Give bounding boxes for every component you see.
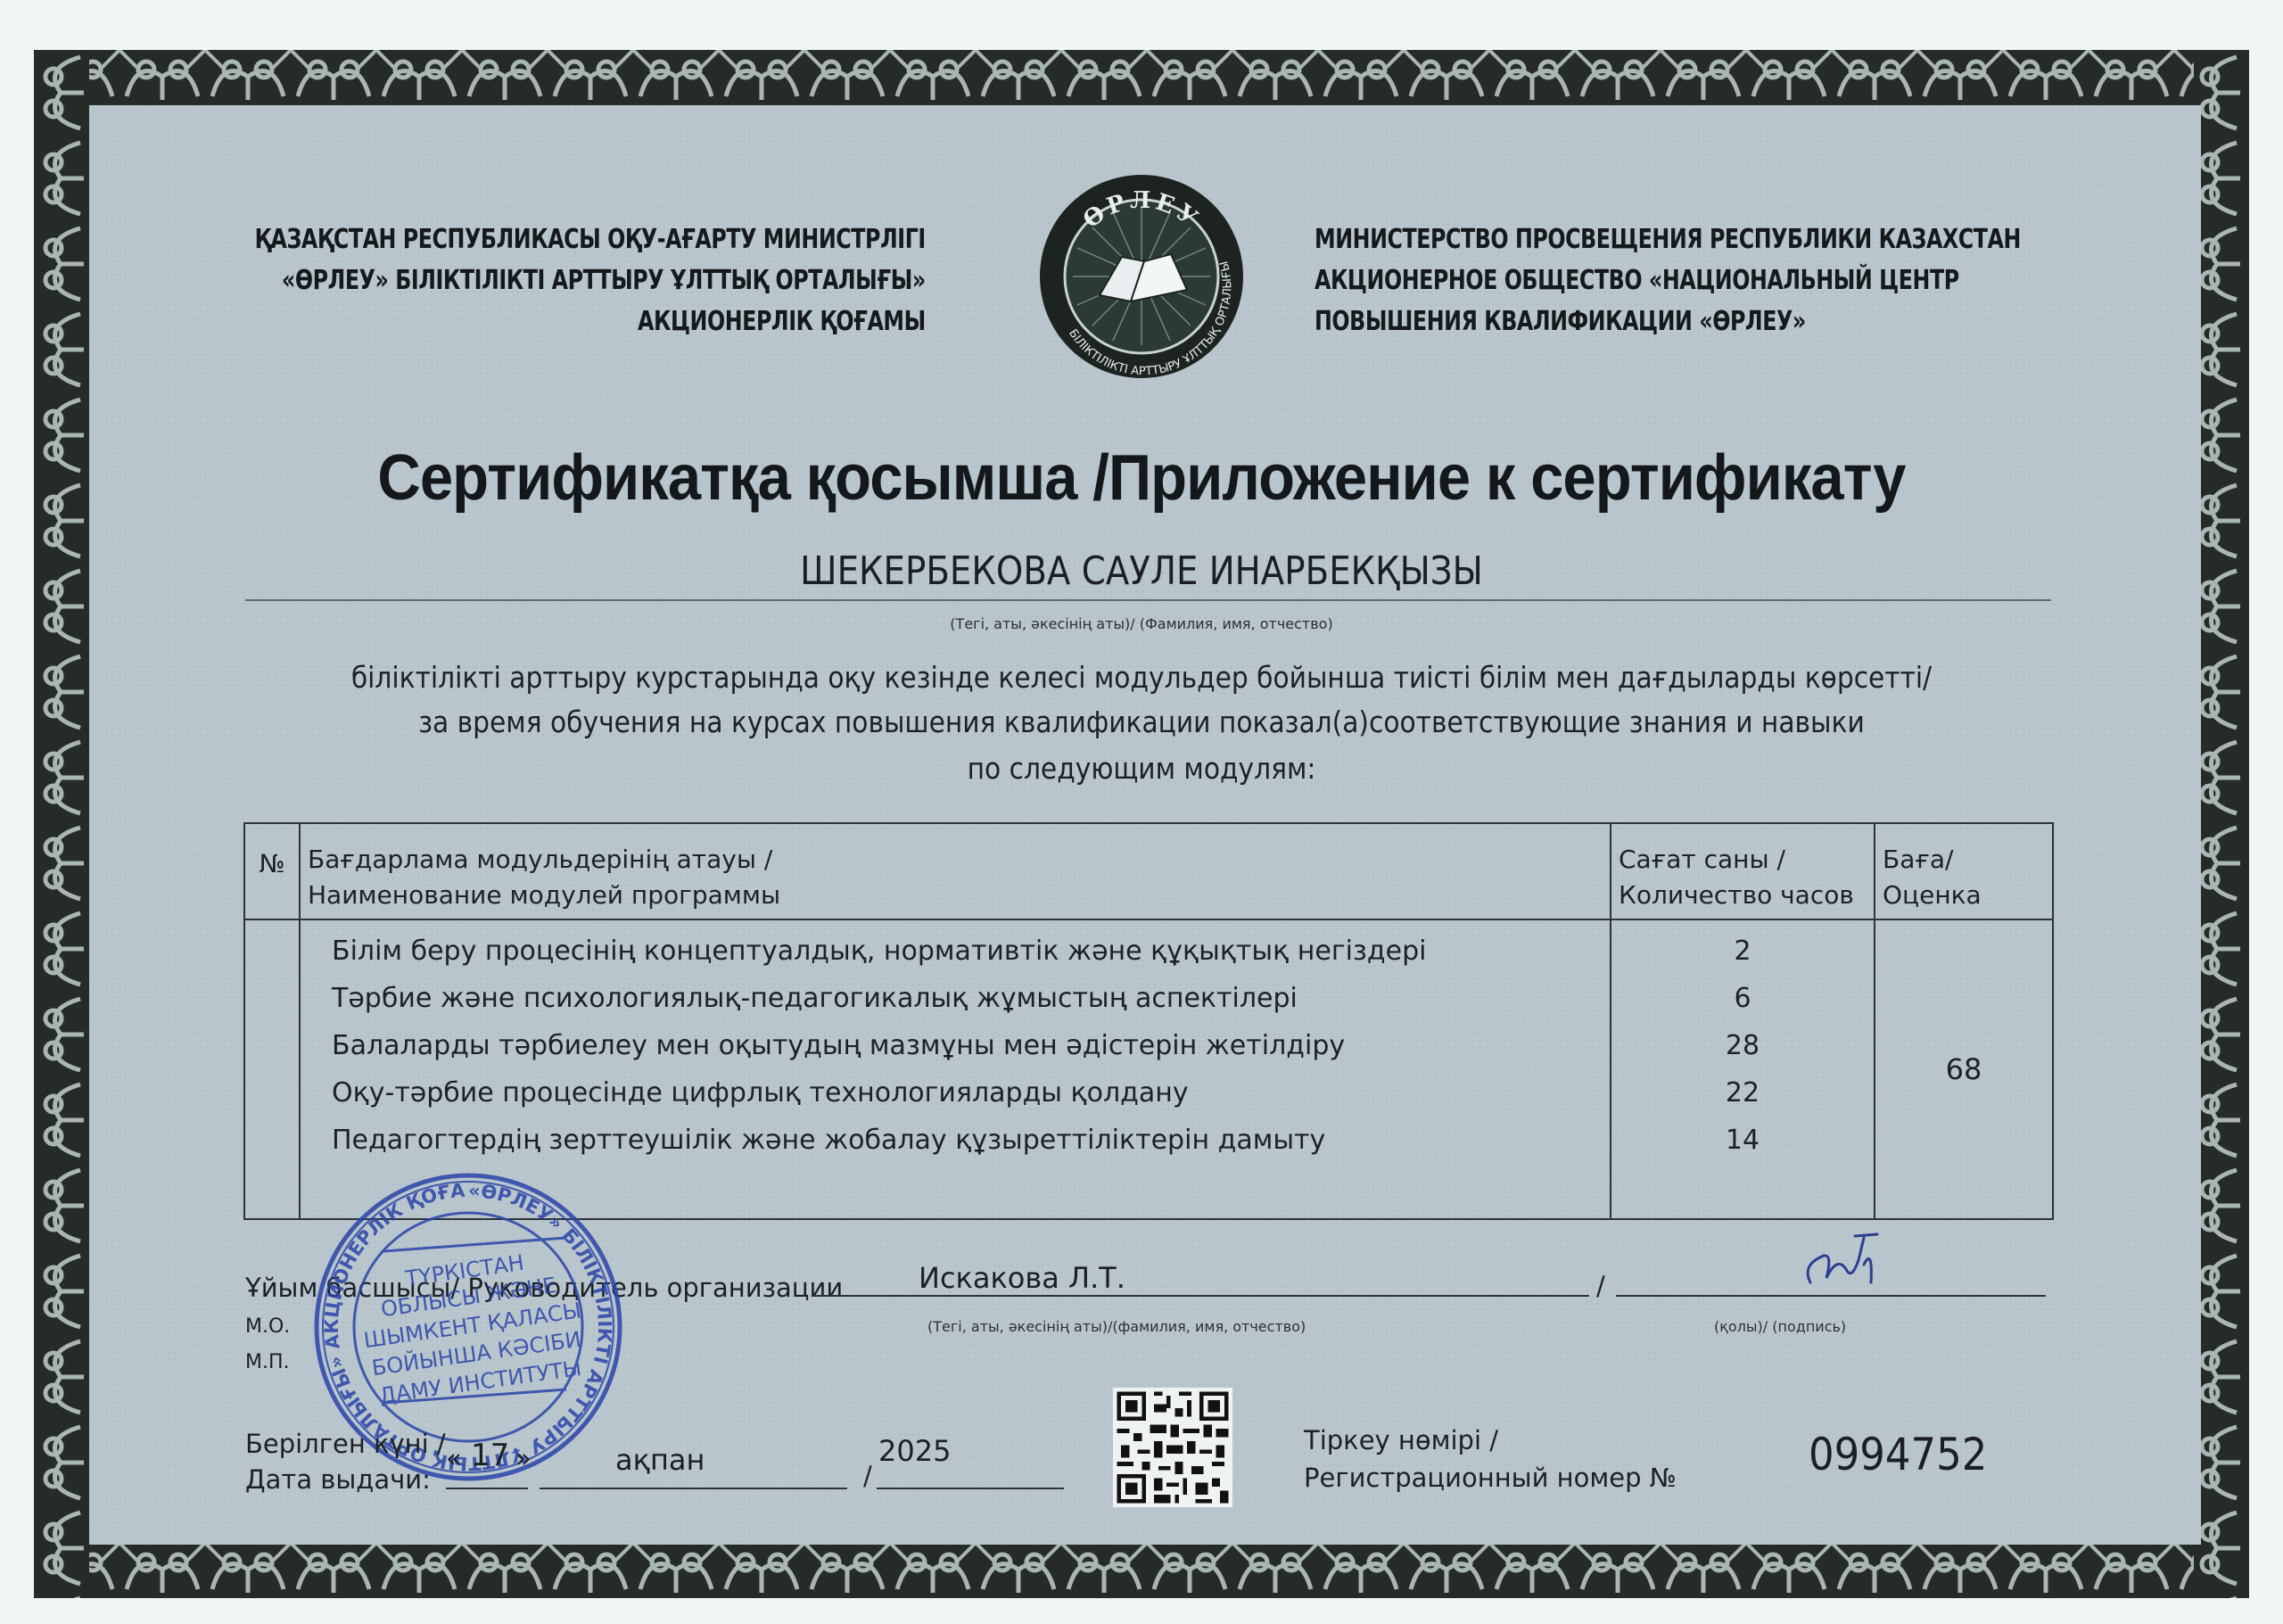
header-number: №: [244, 823, 300, 919]
intro-line-3: по следующим модулям:: [114, 751, 2169, 786]
header-kz-line-2: «ӨРЛЕУ» БІЛІКТІЛІКТІ АРТТЫРУ ҰЛТТЫҚ ОРТА…: [255, 260, 926, 301]
issue-day-open-quote: «: [446, 1443, 462, 1473]
table-row: Тәрбие және психологиялық-педагогикалық …: [332, 975, 1610, 1022]
table-row: Педагогтердің зерттеушілік және жобалау …: [332, 1117, 1610, 1164]
header-hours-ru: Количество часов: [1619, 878, 1874, 913]
header-module-name: Бағдарлама модульдерінің атауы / Наимено…: [300, 823, 1611, 919]
signature-caption: (қолы)/ (подпись): [1714, 1318, 1846, 1335]
header-ru-line-3: ПОВЫШЕНИЯ КВАЛИФИКАЦИИ «ӨРЛЕУ»: [1315, 301, 2021, 342]
intro-line-1: біліктілікті арттыру курстарында оқу кез…: [114, 660, 2169, 695]
header-grade: Баға/ Оценка: [1875, 823, 2053, 919]
modules-table: № Бағдарлама модульдерінің атауы / Наиме…: [243, 822, 2054, 1220]
document-title: Сертификатқа қосымша /Приложение к серти…: [80, 441, 2204, 515]
header-hours: Сағат саны / Количество часов: [1611, 823, 1875, 919]
recipient-name-underline: [245, 599, 2051, 601]
issue-date-label-ru: Дата выдачи:: [245, 1464, 431, 1495]
hours-list-cell: 2 6 28 22 14: [1611, 919, 1875, 1219]
intro-line-2: за время обучения на курсах повышения кв…: [114, 705, 2169, 739]
issue-day-close-quote: »: [515, 1443, 532, 1473]
issue-day-line: [446, 1488, 528, 1489]
header-hours-kz: Сағат саны /: [1619, 842, 1874, 878]
issue-month: ақпан: [615, 1443, 705, 1477]
registration-number: 0994752: [1809, 1429, 1987, 1480]
header-ru-line-1: МИНИСТЕРСТВО ПРОСВЕЩЕНИЯ РЕСПУБЛИКИ КАЗА…: [1315, 219, 2021, 260]
header-ru-line-2: АКЦИОНЕРНОЕ ОБЩЕСТВО «НАЦИОНАЛЬНЫЙ ЦЕНТР: [1315, 260, 2021, 301]
registration-label-ru: Регистрационный номер №: [1304, 1463, 1677, 1493]
issue-date-separator: /: [863, 1461, 872, 1491]
table-row: Оқу-тәрбие процесінде цифрлық технология…: [332, 1069, 1610, 1117]
header-module-name-kz: Бағдарлама модульдерінің атауы /: [308, 842, 1610, 878]
seal-place-ru: М.П.: [245, 1351, 290, 1373]
number-cell: [244, 919, 300, 1219]
signature-separator: /: [1596, 1271, 1605, 1301]
registration-label-kz: Тіркеу нөмірі /: [1304, 1425, 1498, 1455]
issue-day: 17: [471, 1438, 509, 1473]
header-grade-kz: Баға/: [1883, 842, 2052, 878]
header-kz-line-1: ҚАЗАҚСТАН РЕСПУБЛИКАСЫ ОҚУ-АҒАРТУ МИНИСТ…: [255, 219, 926, 260]
hours-value: 6: [1611, 975, 1874, 1022]
hours-value: 22: [1611, 1069, 1874, 1117]
table-header-row: № Бағдарлама модульдерінің атауы / Наиме…: [244, 823, 2053, 919]
recipient-name: ШЕКЕРБЕКОВА САУЛЕ ИНАРБЕКҚЫЗЫ: [137, 548, 2147, 594]
issue-year: 2025: [878, 1434, 951, 1468]
grade-value: 68: [1875, 919, 2053, 1219]
signatory-name: Искакова Л.Т.: [919, 1261, 1125, 1295]
header-russian: МИНИСТЕРСТВО ПРОСВЕЩЕНИЯ РЕСПУБЛИКИ КАЗА…: [1315, 219, 2021, 342]
issue-month-line: [540, 1488, 847, 1489]
table-row: Балаларды тәрбиелеу мен оқытудың мазмұны…: [332, 1022, 1610, 1069]
signatory-name-caption: (Тегі, аты, әкесінің аты)/(фамилия, имя,…: [927, 1318, 1306, 1335]
signatory-name-line: [813, 1295, 1589, 1297]
hours-value: 2: [1611, 927, 1874, 975]
qr-code-icon: [1113, 1388, 1232, 1507]
header-module-name-ru: Наименование модулей программы: [308, 878, 1610, 913]
orleu-logo: ӨРЛЕУ БІЛІКТІЛІКТІ АРТТЫРУ ҰЛТТЫҚ ОРТАЛЫ…: [1037, 172, 1246, 381]
header-kazakh: ҚАЗАҚСТАН РЕСПУБЛИКАСЫ ОҚУ-АҒАРТУ МИНИСТ…: [255, 219, 926, 342]
hours-value: 14: [1611, 1117, 1874, 1164]
handwritten-signature-icon: [1793, 1229, 1900, 1300]
table-row: Білім беру процесінің концептуалдық, нор…: [332, 927, 1610, 975]
issue-year-line: [877, 1488, 1064, 1489]
issue-date-label-kz: Берілген күні /: [245, 1429, 446, 1459]
header-kz-line-3: АКЦИОНЕРЛІК ҚОҒАМЫ: [255, 301, 926, 342]
hours-value: 28: [1611, 1022, 1874, 1069]
seal-place-kz: М.О.: [245, 1315, 290, 1338]
recipient-name-caption: (Тегі, аты, әкесінің аты)/ (Фамилия, имя…: [0, 615, 2283, 632]
header-grade-ru: Оценка: [1883, 878, 2052, 913]
